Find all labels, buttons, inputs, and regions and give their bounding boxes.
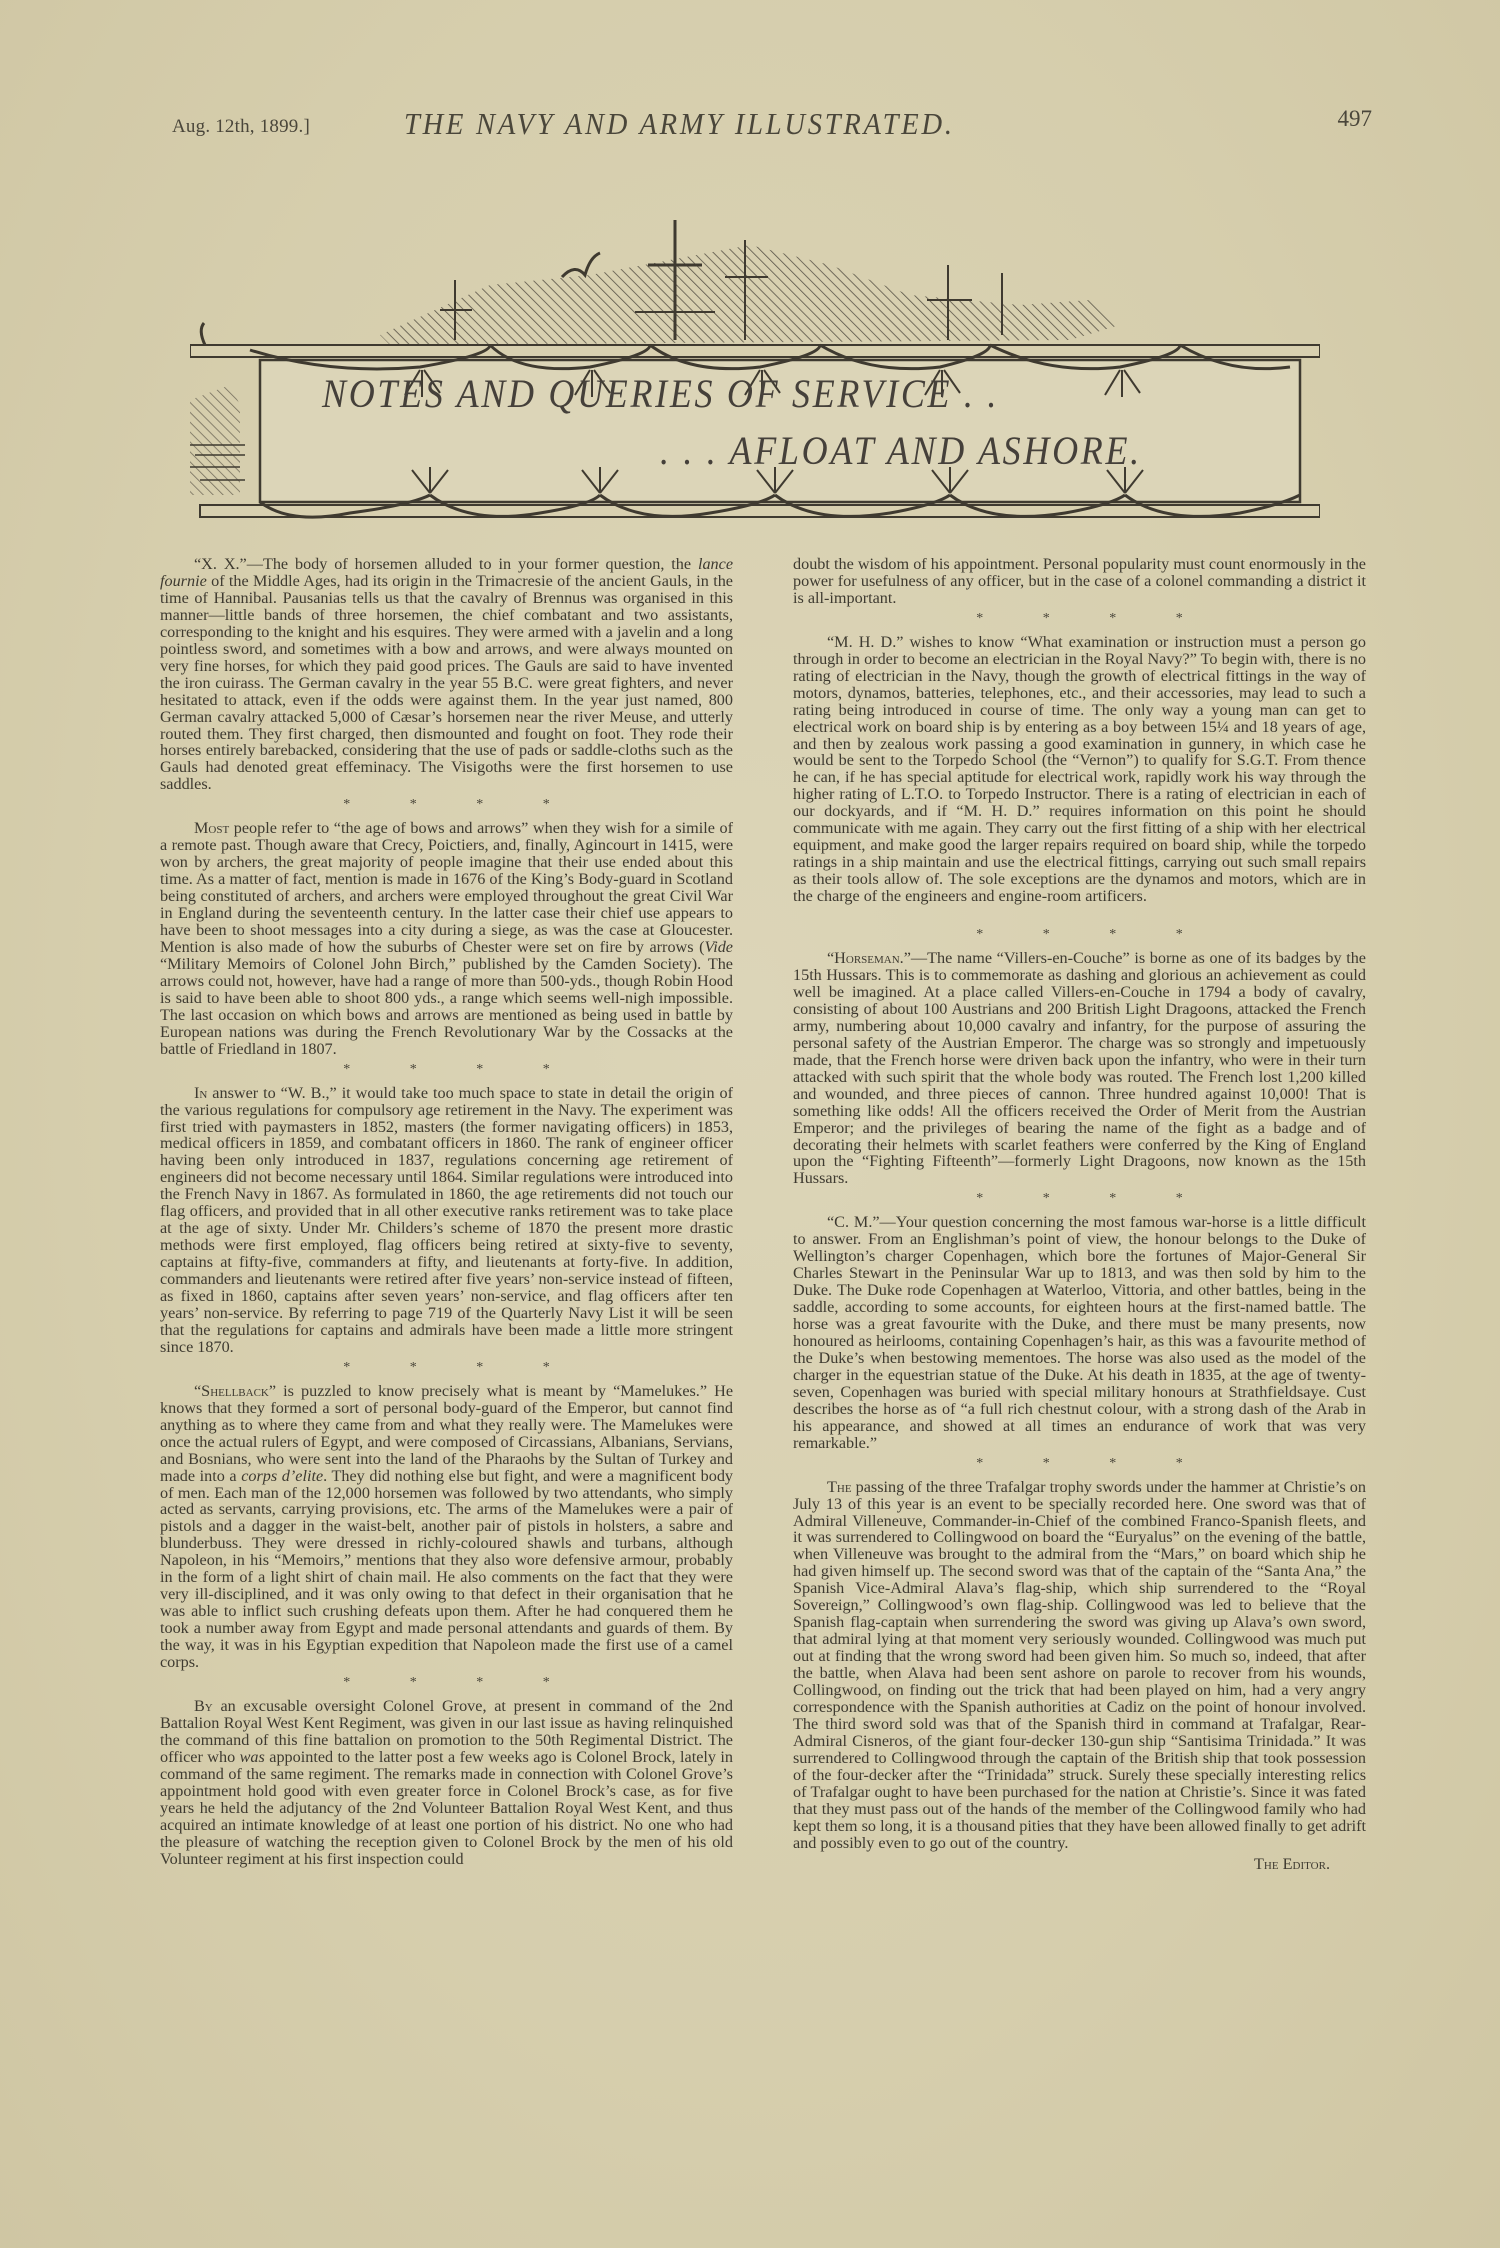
article-wb-retirement: In answer to “W. B.,” it would take too … [160, 1085, 733, 1356]
page-number: 497 [1338, 106, 1373, 132]
article-cm-warhorse: “C. M.”—Your question concerning the mos… [793, 1214, 1366, 1451]
right-column: doubt the wisdom of his appointment. Per… [793, 556, 1366, 1873]
section-separator: * * * * [160, 1675, 733, 1692]
section-separator: * * * * [793, 611, 1366, 628]
section-separator: * * * * [793, 1191, 1366, 1208]
section-separator: * * * * [160, 1360, 733, 1377]
section-banner: NOTES AND QUERIES OF SERVICE . . . . . A… [190, 205, 1320, 535]
section-separator: * * * * [793, 927, 1366, 944]
article-colonel-grove-continued: doubt the wisdom of his appointment. Per… [793, 556, 1366, 607]
editor-signoff: The Editor. [793, 1856, 1366, 1873]
section-separator: * * * * [160, 797, 733, 814]
banner-title-line-1: NOTES AND QUERIES OF SERVICE . . [322, 370, 999, 417]
issue-date: Aug. 12th, 1899.] [172, 116, 310, 138]
article-bows-arrows: Most people refer to “the age of bows an… [160, 820, 733, 1057]
publication-title: THE NAVY AND ARMY ILLUSTRATED. [404, 106, 955, 142]
left-column: “X. X.”—The body of horsemen alluded to … [160, 556, 733, 1867]
article-horseman: “Horseman.”—The name “Villers-en-Couche”… [793, 950, 1366, 1187]
section-separator: * * * * [793, 1456, 1366, 1473]
article-colonel-grove: By an excusable oversight Colonel Grove,… [160, 1698, 733, 1868]
article-trafalgar-swords: The passing of the three Trafalgar troph… [793, 1479, 1366, 1852]
banner-title-line-2: . . . AFLOAT AND ASHORE. [660, 427, 1142, 474]
article-shellback: “Shellback” is puzzled to know precisely… [160, 1383, 733, 1671]
running-header: Aug. 12th, 1899.] THE NAVY AND ARMY ILLU… [172, 106, 1372, 146]
article-mhd-electrician: “M. H. D.” wishes to know “What examinat… [793, 634, 1366, 905]
section-separator: * * * * [160, 1062, 733, 1079]
article-xx: “X. X.”—The body of horsemen alluded to … [160, 556, 733, 793]
